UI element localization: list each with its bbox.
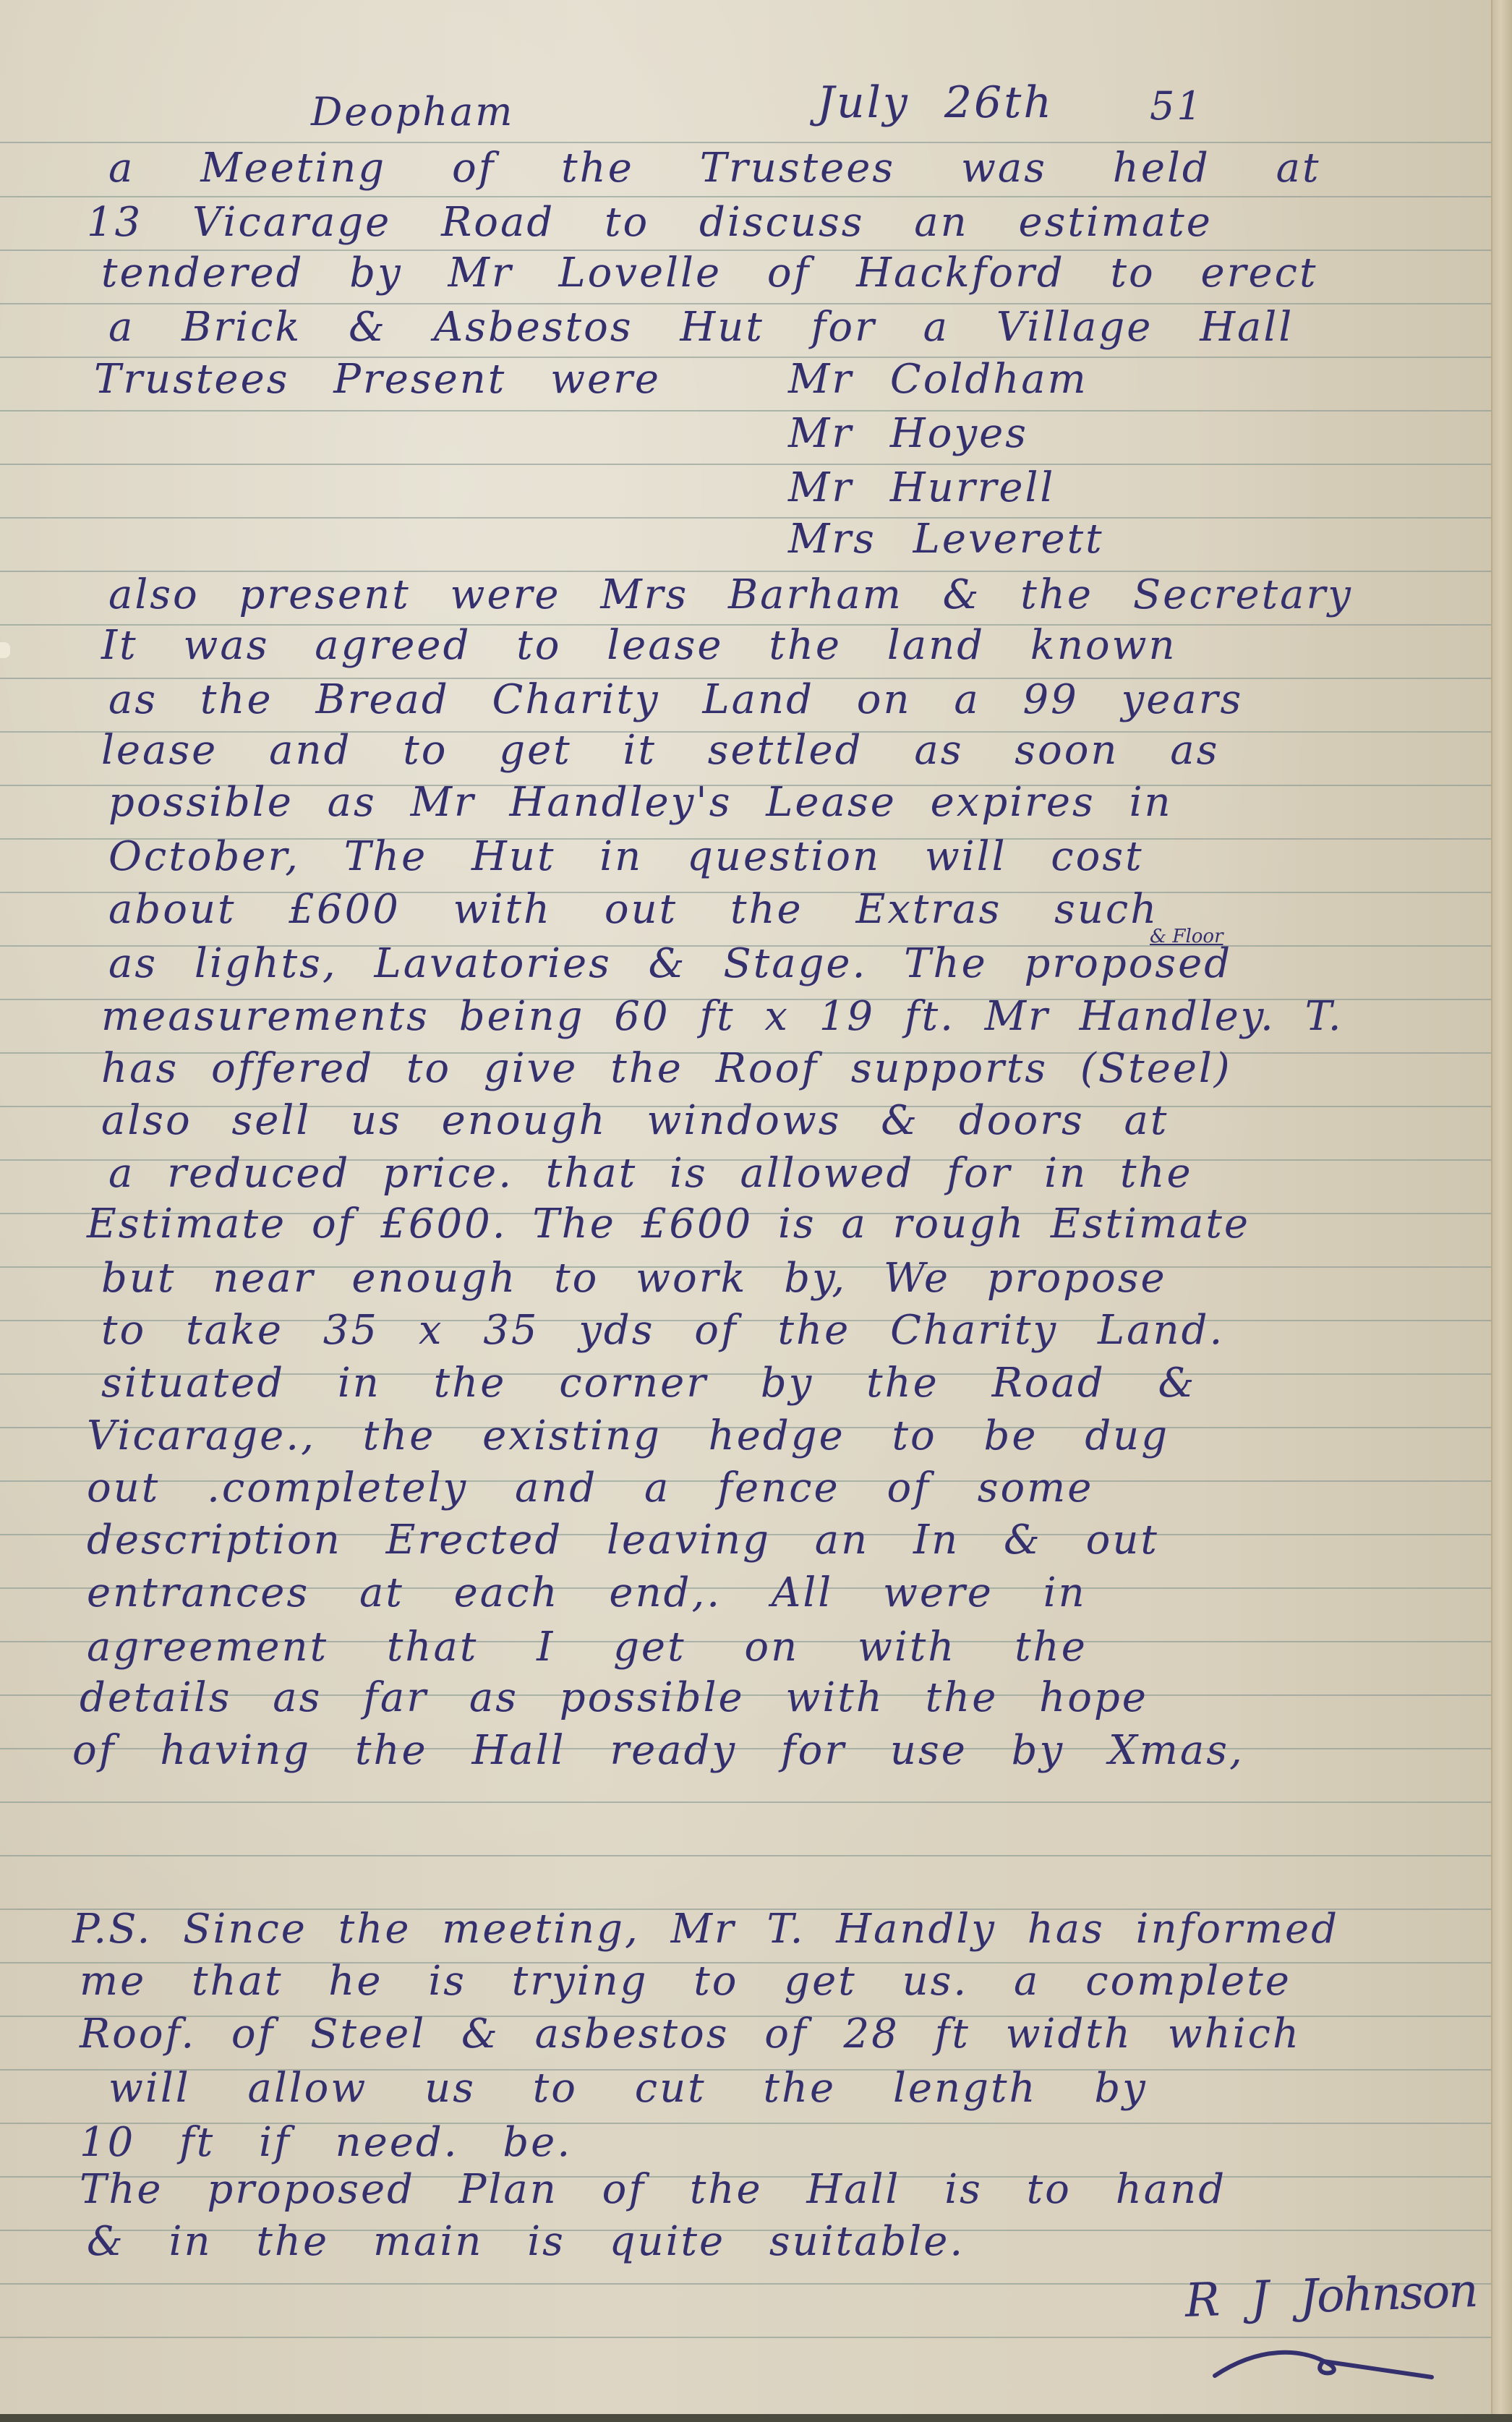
postscript-line: will allow us to cut the length by — [108, 2068, 1148, 2109]
minutes-line: as lights, Lavatories & Stage. The propo… — [108, 944, 1232, 984]
minutes-line: also present were Mrs Barham & the Secre… — [108, 575, 1353, 615]
minutes-line: also sell us enough windows & doors at — [101, 1101, 1169, 1141]
minutes-line: entrances at each end,. All were in — [87, 1573, 1087, 1613]
trustee-name: Mr Hoyes — [788, 414, 1028, 454]
minutes-line: a reduced price. that is allowed for in … — [108, 1154, 1193, 1194]
trustees-present-label: Trustees Present were — [94, 359, 661, 400]
ruled-line — [0, 1801, 1491, 1803]
ruled-line — [0, 1855, 1491, 1856]
minutes-line: description Erected leaving an In & out — [87, 1520, 1159, 1561]
minutes-line: about £600 with out the Extras such — [108, 890, 1158, 930]
signature-flourish-icon — [1200, 2332, 1446, 2383]
postscript-line: Roof. of Steel & asbestos of 28 ft width… — [80, 2014, 1301, 2055]
minutes-line: October, The Hut in question will cost — [108, 837, 1144, 877]
trustee-name: Mrs Leverett — [788, 519, 1104, 560]
minutes-line: It was agreed to lease the land known — [101, 626, 1177, 666]
minutes-line: agreement that I get on with the — [87, 1627, 1088, 1668]
minutes-line: of having the Hall ready for use by Xmas… — [72, 1731, 1244, 1771]
minutes-line: Estimate of £600. The £600 is a rough Es… — [87, 1204, 1250, 1245]
postscript-line: 10 ft if need. be. — [80, 2123, 572, 2163]
minutes-line: 13 Vicarage Road to discuss an estimate — [87, 202, 1213, 243]
trustee-name: Mr Coldham — [788, 359, 1088, 400]
notebook-page: Deopham July 26th 51 a Meeting of the Tr… — [0, 0, 1497, 2414]
minutes-line: but near enough to work by, We propose — [101, 1258, 1167, 1299]
minutes-line: has offered to give the Roof supports (S… — [101, 1049, 1232, 1089]
signature: R J Johnson — [1184, 2268, 1478, 2324]
ruled-line — [0, 196, 1491, 197]
minutes-line: details as far as possible with the hope — [80, 1678, 1148, 1718]
trustee-name: Mr Hurrell — [788, 468, 1055, 508]
minutes-line: measurements being 60 ft x 19 ft. Mr Han… — [101, 997, 1344, 1037]
minutes-line: as the Bread Charity Land on a 99 years — [108, 680, 1243, 720]
minutes-line: Vicarage., the existing hedge to be dug — [87, 1416, 1169, 1457]
ruled-line — [0, 517, 1491, 519]
header-date: July 26th — [817, 81, 1054, 124]
postscript-line: The proposed Plan of the Hall is to hand — [80, 2170, 1226, 2210]
minutes-line: tendered by Mr Lovelle of Hackford to er… — [101, 253, 1317, 294]
margin-tear — [0, 642, 10, 658]
postscript-line: & in the main is quite suitable. — [87, 2222, 965, 2262]
minutes-line: lease and to get it settled as soon as — [101, 730, 1219, 771]
minutes-line: a Brick & Asbestos Hut for a Village Hal… — [108, 307, 1294, 348]
postscript-line: P.S. Since the meeting, Mr T. Handly has… — [72, 1909, 1339, 1950]
minutes-line: a Meeting of the Trustees was held at — [108, 148, 1320, 189]
header-place: Deopham — [311, 93, 515, 132]
ruled-line — [0, 142, 1491, 143]
page-bottom-edge — [0, 2414, 1512, 2422]
minutes-line: out .completely and a fence of some — [87, 1468, 1093, 1509]
minutes-line: situated in the corner by the Road & — [101, 1363, 1196, 1404]
minutes-line: possible as Mr Handley's Lease expires i… — [108, 783, 1173, 823]
ruled-line — [0, 410, 1491, 412]
minutes-line: to take 35 x 35 yds of the Charity Land. — [101, 1310, 1224, 1351]
page-edge — [1491, 0, 1512, 2422]
header-year: 51 — [1150, 87, 1204, 126]
ruled-line — [0, 464, 1491, 465]
postscript-line: me that he is trying to get us. a comple… — [80, 1961, 1291, 2002]
